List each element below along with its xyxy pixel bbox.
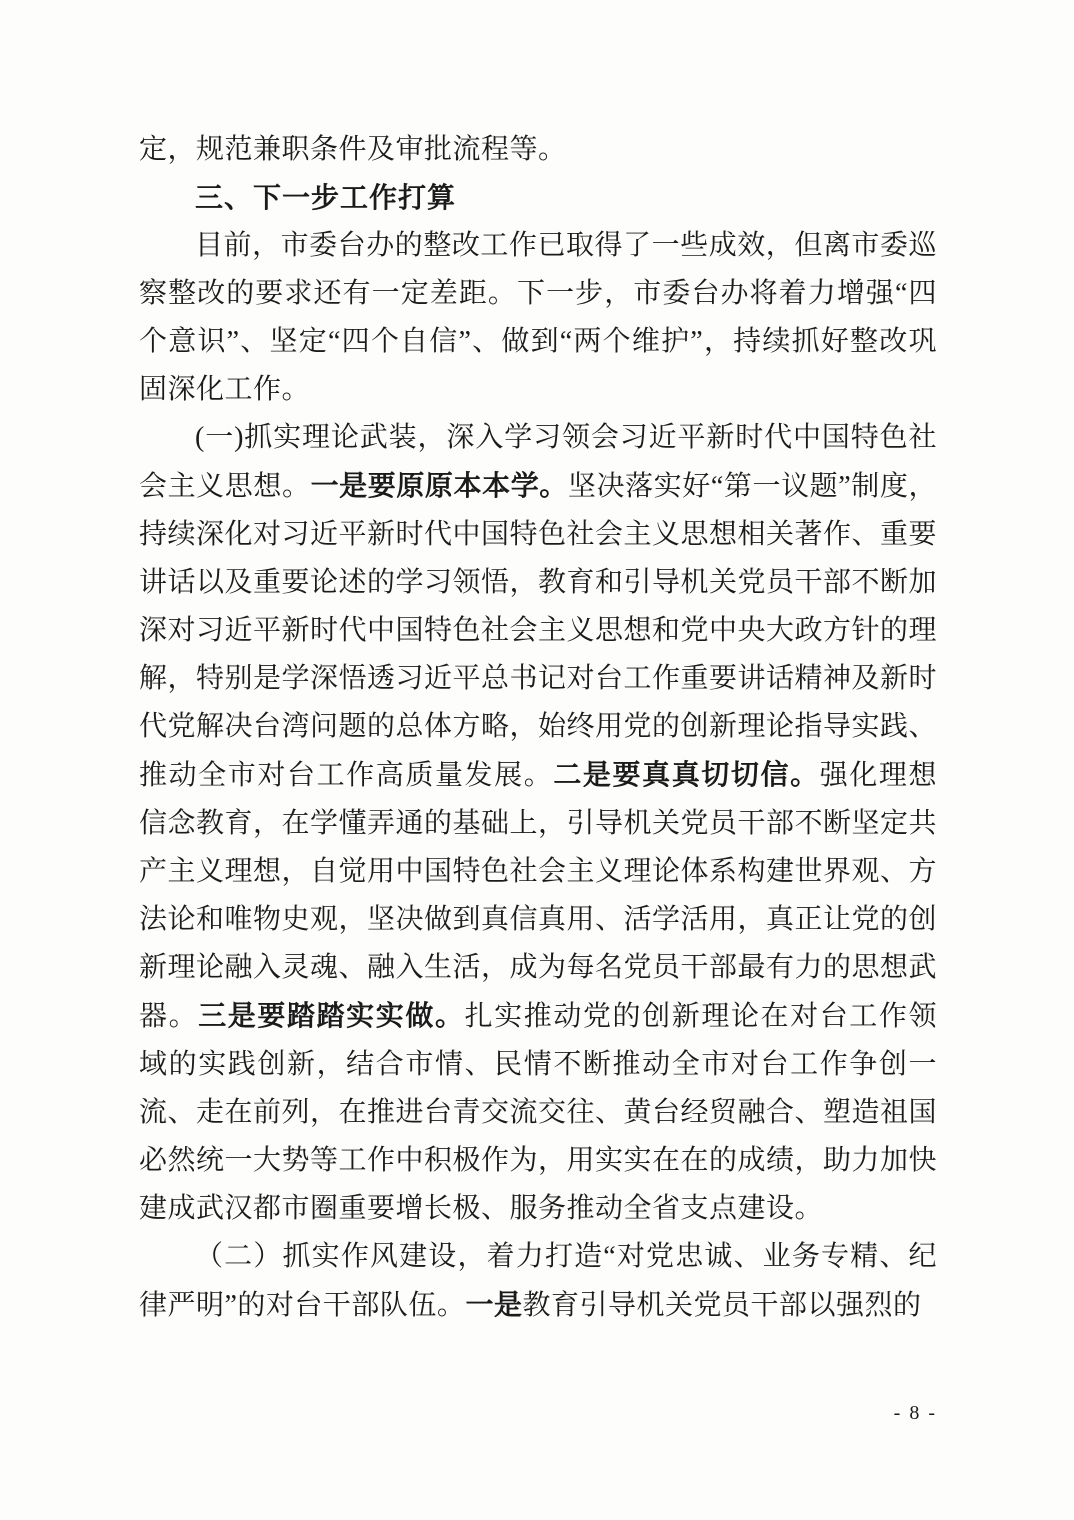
text-run: 定，规范兼职条件及审批流程等。 [139, 134, 567, 165]
page-number: - 8 - [139, 1398, 937, 1428]
paragraph: 目前，市委台办的整改工作已取得了一些成效，但离市委巡察整改的要求还有一定差距。下… [139, 222, 937, 414]
text-run: 目前，市委台办的整改工作已取得了一些成效，但离市委巡察整改的要求还有一定差距。下… [139, 230, 937, 405]
emphasis-run: 一是 [465, 1289, 522, 1320]
paragraph: (一)抓实理论武装，深入学习领会习近平新时代中国特色社会主义思想。一是要原原本本… [139, 414, 937, 1233]
emphasis-run: 二是要真真切切信。 [553, 759, 819, 790]
document-body: 定，规范兼职条件及审批流程等。三、下一步工作打算目前，市委台办的整改工作已取得了… [139, 126, 937, 1330]
document-page: 定，规范兼职条件及审批流程等。三、下一步工作打算目前，市委台办的整改工作已取得了… [0, 0, 1074, 1520]
emphasis-run: 三、下一步工作打算 [195, 182, 456, 213]
text-run: 扎实推动党的创新理论在对台工作领域的实践创新，结合市情、民情不断推动全市对台工作… [139, 1001, 937, 1224]
section-heading: 三、下一步工作打算 [139, 174, 937, 222]
paragraph: （二）抓实作风建设，着力打造“对党忠诚、业务专精、纪律严明”的对台干部队伍。一是… [139, 1233, 937, 1330]
paragraph: 定，规范兼职条件及审批流程等。 [139, 126, 937, 174]
text-run: 坚决落实好“第一议题”制度，持续深化对习近平新时代中国特色社会主义思想相关著作、… [139, 471, 937, 791]
emphasis-run: 一是要原原本本学。 [311, 470, 568, 501]
emphasis-run: 三是要踏踏实实做。 [198, 1000, 464, 1031]
text-run: 强化理想信念教育，在学懂弄通的基础上，引导机关党员干部不断坚定共产主义理想，自觉… [139, 760, 937, 1032]
text-run: 教育引导机关党员干部以强烈的 [522, 1290, 921, 1321]
